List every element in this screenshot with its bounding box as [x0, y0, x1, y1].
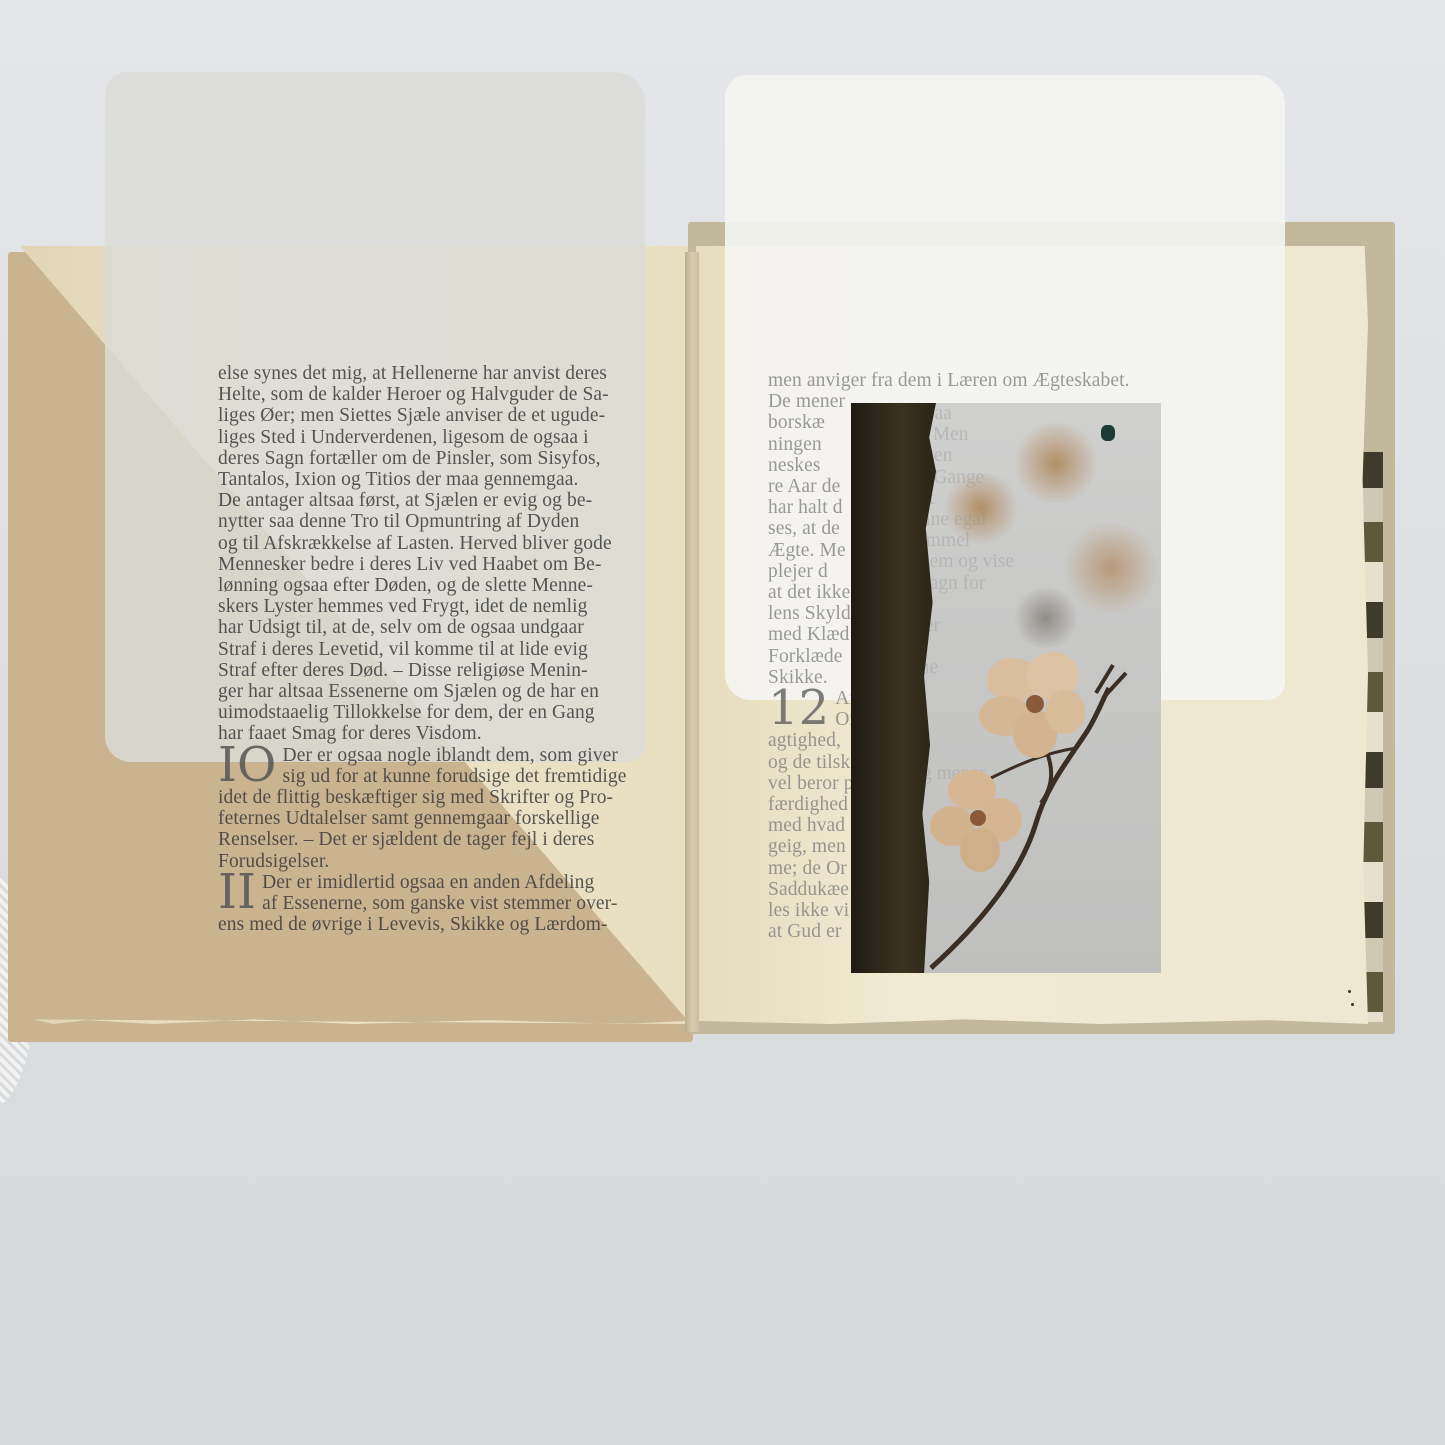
section-10: IO Der er ogsaa nogle iblandt dem, som g…: [218, 745, 618, 787]
text-line: ens med de øvrige i Levevis, Skikke og L…: [218, 914, 618, 935]
text-line: Tantalos, Ixion og Titios der maa gennem…: [218, 469, 618, 490]
text-line: ger har altsaa Essenerne om Sjælen og de…: [218, 681, 618, 702]
text-line: og til Afskrækkelse af Lasten. Herved bl…: [218, 533, 618, 554]
text-line: Mennesker bedre i deres Liv ved Haabet o…: [218, 554, 618, 575]
text-line: else synes det mig, at Hellenerne har an…: [218, 363, 618, 384]
ink-speck: [1351, 1003, 1354, 1006]
text-line: har Udsigt til, at de, selv om de ogsaa …: [218, 617, 618, 638]
lower-blossom: [930, 770, 1022, 872]
book-gutter: [685, 252, 699, 1032]
text-line: skers Lyster hemmes ved Frygt, idet de n…: [218, 596, 618, 617]
text-line: Der er ogsaa nogle iblandt dem, som give…: [283, 745, 627, 766]
text-line: idet de flittig beskæftiger sig med Skri…: [218, 787, 618, 808]
ink-speck: [1348, 990, 1351, 993]
text-line: liges Øer; men Siettes Sjæle anviser de …: [218, 405, 618, 426]
upper-blossom: [979, 652, 1085, 758]
text-line: sig ud for at kunne forudsige det fremti…: [283, 766, 627, 787]
text-line: Straf i deres Levetid, vil komme til at …: [218, 639, 618, 660]
text-line: Straf efter deres Død. – Disse religiøse…: [218, 660, 618, 681]
text-line: uimodstaaelig Tillokkelse for dem, der e…: [218, 702, 618, 723]
section-numeral: 12: [768, 688, 829, 728]
text-line: af Essenerne, som ganske vist stemmer ov…: [262, 893, 618, 914]
cherry-blossom-branch-icon: [851, 403, 1161, 973]
left-page-text: else synes det mig, at Hellenerne har an…: [218, 363, 618, 935]
text-line: Forudsigelser.: [218, 851, 618, 872]
blossom-photo-collage: sammen saasaasl den Mennskeslægtenmarths…: [851, 403, 1161, 973]
text-line: deres Sagn fortæller om de Pinsler, som …: [218, 448, 618, 469]
text-line: De antager altsaa først, at Sjælen er ev…: [218, 490, 618, 511]
text-line: feternes Udtalelser samt gennemgaar fors…: [218, 808, 618, 829]
text-line: lønning ogsaa efter Døden, og de slette …: [218, 575, 618, 596]
section-11: II Der er imidlertid ogsaa en anden Afde…: [218, 872, 618, 914]
text-line: har faaet Smag for deres Visdom.: [218, 723, 618, 744]
section-numeral: IO: [218, 745, 277, 785]
text-line: nytter saa denne Tro til Opmuntring af D…: [218, 511, 618, 532]
text-line: Renselser. – Det er sjældent de tager fe…: [218, 829, 618, 850]
section-numeral: II: [218, 872, 256, 912]
text-line: Der er imidlertid ogsaa en anden Afdelin…: [262, 872, 618, 893]
left-paragraph: else synes det mig, at Hellenerne har an…: [218, 363, 618, 745]
text-line: liges Sted i Underverdenen, ligesom de o…: [218, 427, 618, 448]
text-line: men anviger fra dem i Læren om Ægteskabe…: [768, 370, 1168, 391]
text-line: Helte, som de kalder Heroer og Halvguder…: [218, 384, 618, 405]
